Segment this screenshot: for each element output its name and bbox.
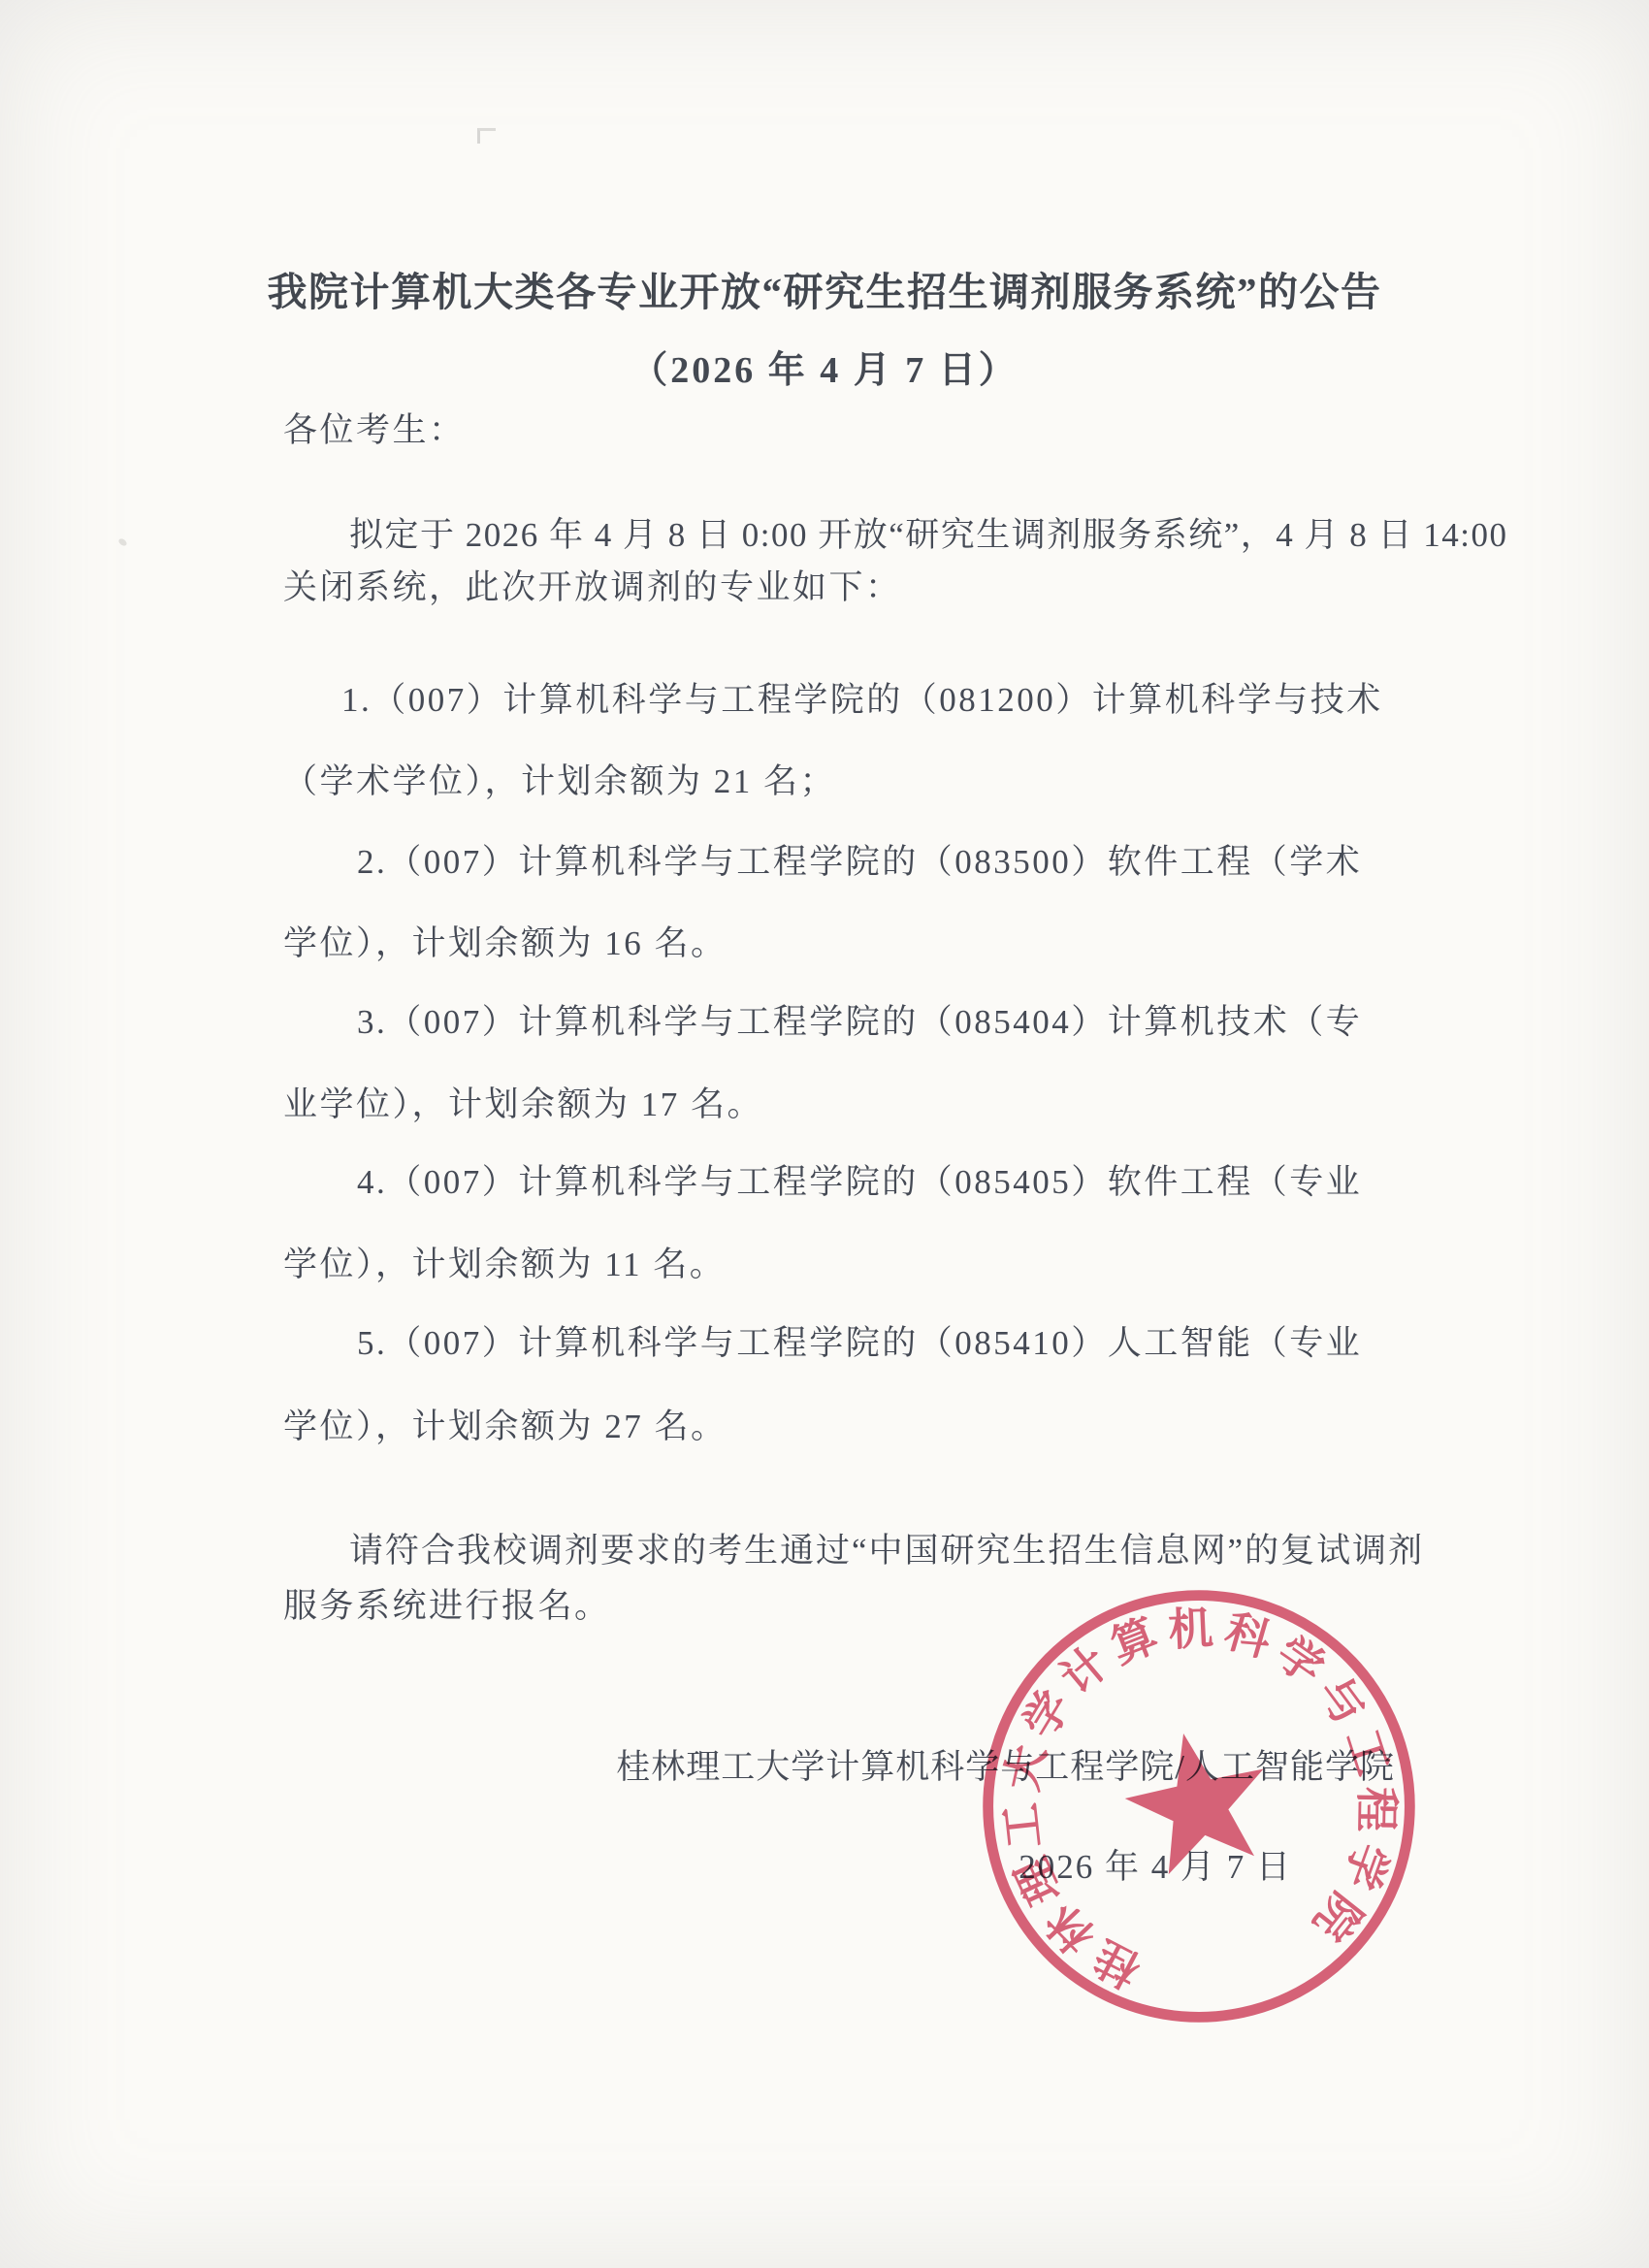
list-item-4-line1: 4.（007）计算机科学与工程学院的（085405）软件工程（专业: [357, 1155, 1362, 1204]
seal-star-icon: [1115, 1719, 1281, 1880]
scanned-announcement-page: 我院计算机大类各专业开放“研究生招生调剂服务系统”的公告 （2026 年 4 月…: [0, 0, 1649, 2268]
document-title: 我院计算机大类各专业开放“研究生招生调剂服务系统”的公告: [0, 260, 1649, 317]
intro-paragraph-line1: 拟定于 2026 年 4 月 8 日 0:00 开放“研究生调剂服务系统”，4 …: [349, 508, 1508, 557]
scan-artifact-speck: [117, 537, 128, 547]
document-date-subtitle: （2026 年 4 月 7 日）: [0, 340, 1649, 393]
list-item-1-line1: 1.（007）计算机科学与工程学院的（081200）计算机科学与技术: [341, 673, 1383, 722]
closing-paragraph-line2: 服务系统进行报名。: [283, 1579, 611, 1628]
list-item-4-line2: 学位），计划余额为 11 名。: [283, 1238, 726, 1286]
list-item-5-line1: 5.（007）计算机科学与工程学院的（085410）人工智能（专业: [357, 1316, 1362, 1365]
salutation: 各位考生：: [283, 404, 466, 452]
list-item-2-line2: 学位），计划余额为 16 名。: [283, 917, 727, 965]
intro-paragraph-line2: 关闭系统，此次开放调剂的专业如下：: [283, 561, 902, 609]
scan-artifact-mark: [477, 128, 496, 144]
list-item-1-line2: （学术学位），计划余额为 21 名；: [283, 755, 836, 803]
list-item-3-line1: 3.（007）计算机科学与工程学院的（085404）计算机技术（专: [357, 995, 1362, 1044]
list-item-2-line1: 2.（007）计算机科学与工程学院的（083500）软件工程（学术: [357, 835, 1362, 884]
list-item-5-line2: 学位），计划余额为 27 名。: [283, 1400, 727, 1448]
list-item-3-line2: 业学位），计划余额为 17 名。: [283, 1078, 763, 1126]
official-seal-stamp: 桂林理工大学计算机科学与工程学院: [927, 1535, 1471, 2078]
